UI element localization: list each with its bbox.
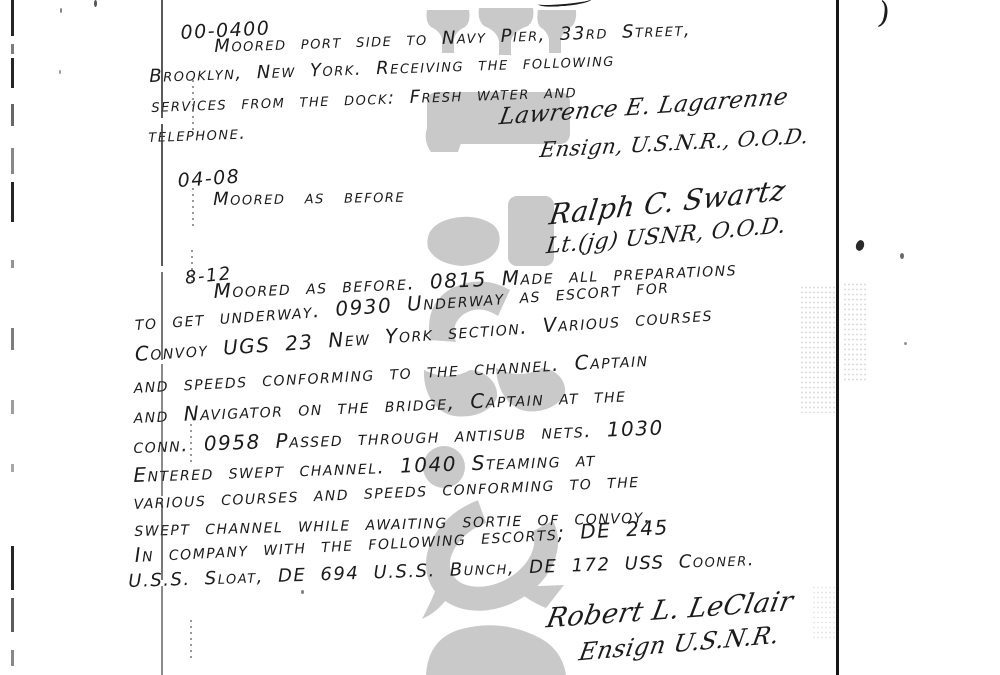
- left-scan-edge-line: [11, 260, 14, 268]
- left-scan-edge-line: [11, 182, 14, 222]
- faint-dotted-margin-line: [190, 620, 192, 662]
- faint-dotted-margin-line: [191, 250, 193, 282]
- scan-noise-patch: [843, 282, 867, 382]
- left-scan-edge-line: [11, 58, 14, 88]
- ruled-margin-line: [161, 364, 163, 496]
- ink-speck: [60, 8, 62, 13]
- ink-speck: [900, 253, 904, 259]
- ink-speck: [904, 342, 907, 345]
- scan-noise-patch: [800, 285, 836, 413]
- left-scan-edge-line: [11, 400, 14, 414]
- faint-dotted-margin-line: [192, 80, 194, 132]
- left-scan-edge-line: [11, 546, 14, 590]
- ruled-margin-line: [161, 502, 163, 580]
- left-scan-edge-line: [11, 598, 14, 632]
- scanned-deck-log-page: { "log": { "margin_mark": ")", "entries"…: [0, 0, 1000, 675]
- ink-speck: [94, 0, 97, 7]
- ink-speck: [301, 590, 304, 594]
- left-scan-edge-line: [11, 328, 14, 350]
- ruled-margin-line: [161, 272, 163, 360]
- faint-dotted-margin-line: [190, 424, 192, 462]
- ruled-margin-line: [161, 586, 163, 675]
- left-scan-edge-line: [11, 650, 14, 666]
- ink-speck: [59, 70, 61, 74]
- left-scan-edge-line: [11, 44, 14, 54]
- log-line: Moored as before: [213, 186, 405, 210]
- left-scan-edge-line: [11, 464, 14, 472]
- ruled-margin-line: [161, 124, 163, 266]
- page-right-border-line: [836, 0, 839, 675]
- faint-dotted-margin-line: [192, 188, 194, 228]
- left-scan-edge-line: [11, 104, 14, 126]
- left-scan-edge-line: [11, 0, 14, 36]
- left-scan-edge-line: [11, 148, 14, 174]
- ruled-margin-line: [161, 0, 163, 118]
